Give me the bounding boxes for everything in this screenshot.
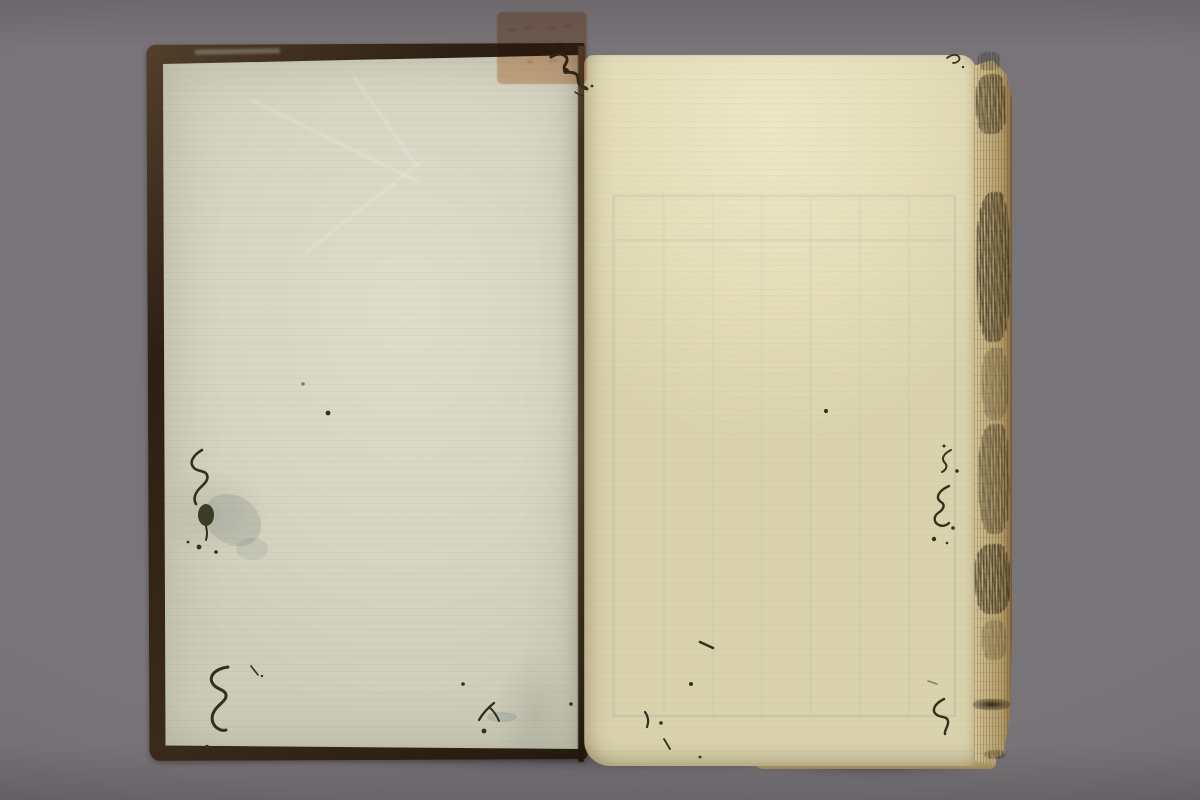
fore-edge-ink-patch xyxy=(977,192,1010,342)
book-gutter xyxy=(578,46,584,762)
label-mark xyxy=(531,45,543,48)
right-page xyxy=(584,55,976,766)
label-mark xyxy=(545,27,557,30)
fore-edge-ink-patch xyxy=(978,52,1000,70)
label-mark xyxy=(511,44,519,47)
photo-caption: Photograph of an open traditional stab-b… xyxy=(0,0,1,1)
label-mark xyxy=(563,25,571,28)
fore-edge-ink-patch xyxy=(982,348,1008,420)
fore-edge-ink-patch xyxy=(979,424,1010,534)
photo-backdrop: Photograph of an open traditional stab-b… xyxy=(0,0,1200,800)
fore-edge-ink-patch xyxy=(976,74,1006,134)
label-mark xyxy=(527,60,533,64)
fore-edge-ink-line xyxy=(973,699,1010,710)
fore-edge-ink-patch xyxy=(982,620,1006,660)
label-mark xyxy=(525,26,535,29)
label-mark xyxy=(549,59,557,62)
fore-edge-ink-patch xyxy=(975,544,1010,614)
bleed-through-table-frame xyxy=(612,195,956,717)
fore-edge-ink-patch xyxy=(985,750,1005,759)
label-mark xyxy=(555,43,563,46)
label-mark xyxy=(507,28,517,31)
shelf-label-sticker xyxy=(497,12,587,84)
